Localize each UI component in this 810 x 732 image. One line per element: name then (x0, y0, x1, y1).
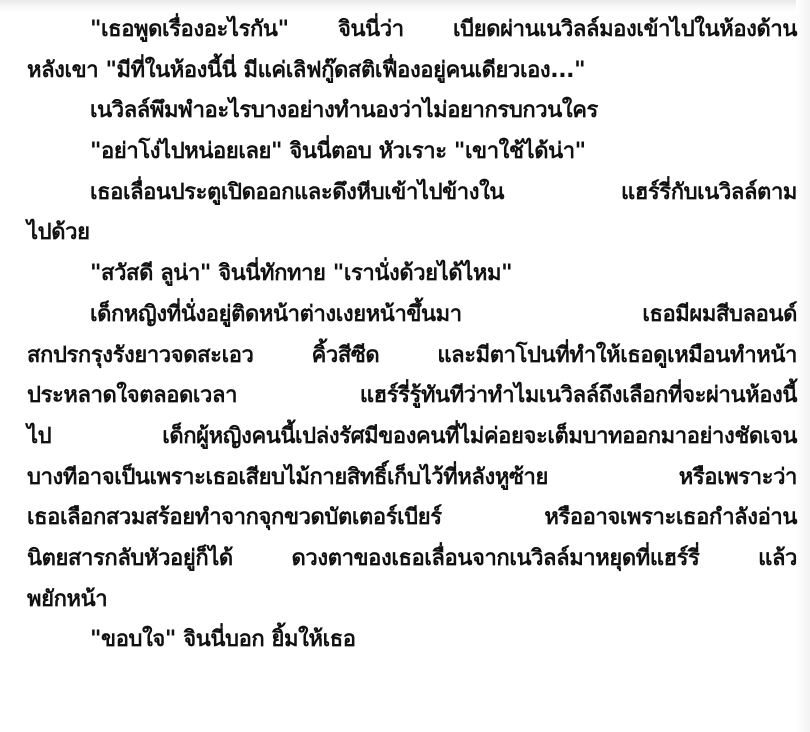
text-line: "เธอพูดเรื่องอะไรกัน" จินนี่ว่า เบียดผ่า… (27, 10, 797, 51)
text-line: บางทีอาจเป็นเพราะเธอเสียบไม้กายสิทธิ์เก็… (27, 458, 797, 499)
document-page: "เธอพูดเรื่องอะไรกัน" จินนี่ว่า เบียดผ่า… (0, 0, 810, 732)
text-line: หลังเขา "มีที่ในห้องนี้นี่ มีแค่เลิฟกู๊ด… (27, 51, 797, 92)
text-line: เธอเลื่อนประตูเปิดออกและดึงหีบเข้าไปข้าง… (27, 173, 797, 214)
page-edge-shadow (796, 0, 810, 732)
text-line: ไป เด็กผู้หญิงคนนี้เปล่งรัศมีของคนที่ไม่… (27, 417, 797, 458)
text-line: เธอเลือกสวมสร้อยทำจากจุกขวดบัตเตอร์เบียร… (27, 498, 797, 539)
text-line: พยักหน้า (27, 580, 797, 621)
text-line: "ขอบใจ" จินนี่บอก ยิ้มให้เธอ (27, 620, 797, 661)
text-line: "สวัสดี ลูน่า" จินนี่ทักทาย "เรานั่งด้วย… (27, 254, 797, 295)
text-line: "อย่าโง่ไปหน่อยเลย" จินนี่ตอบ หัวเราะ "เ… (27, 132, 797, 173)
text-line: นิตยสารกลับหัวอยู่ก็ได้ ดวงตาของเธอเลื่อ… (27, 539, 797, 580)
body-text: "เธอพูดเรื่องอะไรกัน" จินนี่ว่า เบียดผ่า… (27, 10, 797, 661)
text-line: เด็กหญิงที่นั่งอยู่ติดหน้าต่างเงยหน้าขึ้… (27, 295, 797, 336)
text-line: ไปด้วย (27, 213, 797, 254)
text-line: เนวิลล์พึมพำอะไรบางอย่างทำนองว่าไม่อยากร… (27, 91, 797, 132)
text-line: ประหลาดใจตลอดเวลา แฮร์รี่รู้ทันทีว่าทำไม… (27, 376, 797, 417)
text-line: สกปรกรุงรังยาวจดสะเอว คิ้วสีซีด และมีตาโ… (27, 336, 797, 377)
